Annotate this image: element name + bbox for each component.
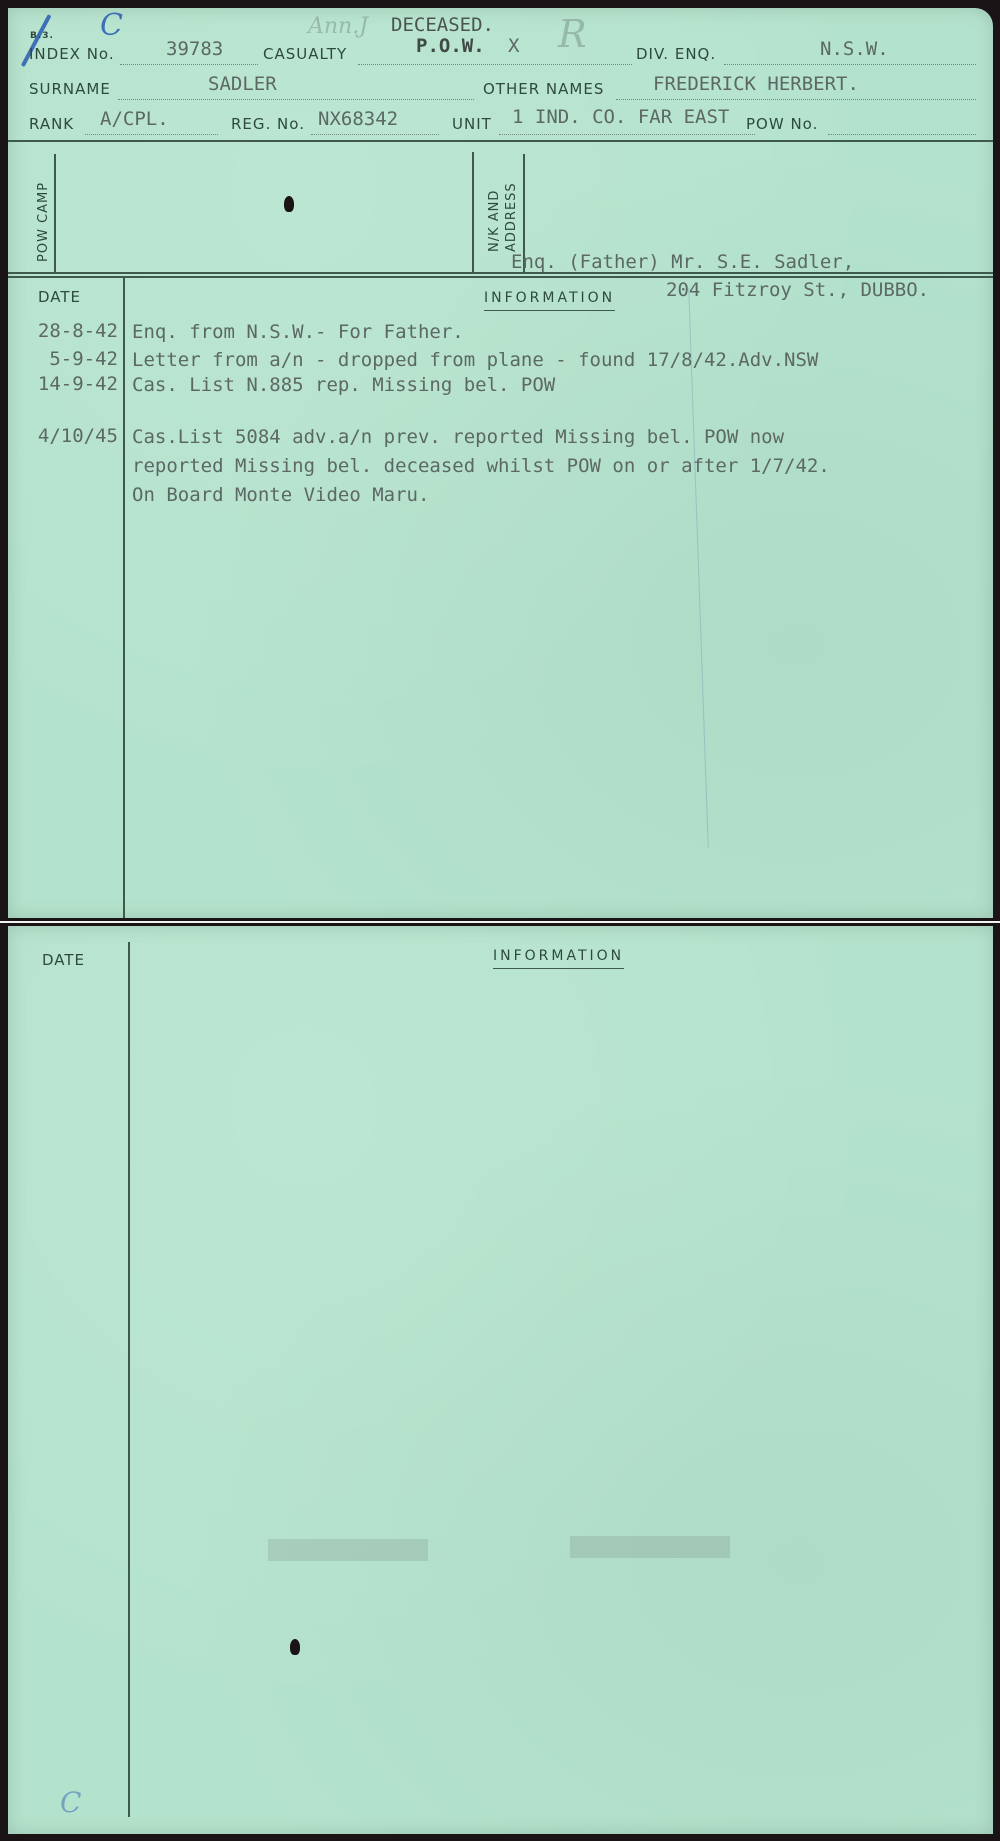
reg-no-label: REG. No. bbox=[231, 115, 305, 133]
nk-address-line2: 204 Fitzroy St., DUBBO. bbox=[666, 279, 929, 301]
nk-left-divider bbox=[472, 152, 474, 274]
surname-dots bbox=[118, 99, 474, 100]
punch-hole bbox=[290, 1639, 300, 1655]
index-no-dots bbox=[120, 64, 258, 65]
unit-value: 1 IND. CO. FAR EAST bbox=[512, 106, 729, 128]
entry-date: 5-9-42 bbox=[8, 348, 118, 370]
other-names-dots bbox=[616, 99, 976, 100]
entry-date: 4/10/45 bbox=[8, 425, 118, 447]
entry-date: 14-9-42 bbox=[8, 373, 118, 395]
faded-stamp-right bbox=[570, 1536, 730, 1558]
rank-value: A/CPL. bbox=[100, 108, 169, 130]
div-enq-label: DIV. ENQ. bbox=[636, 45, 716, 63]
information-header: INFORMATION bbox=[493, 948, 624, 969]
date-column-divider bbox=[128, 942, 130, 1817]
rank-label: RANK bbox=[29, 115, 74, 133]
casualty-struck-suffix: X bbox=[508, 35, 519, 57]
date-column-header: DATE bbox=[38, 288, 81, 306]
pow-camp-label: POW CAMP bbox=[36, 182, 51, 262]
div-enq-value: N.S.W. bbox=[820, 38, 889, 60]
header-divider bbox=[8, 140, 993, 142]
punch-hole bbox=[284, 196, 294, 212]
entry-text-line: Cas.List 5084 adv.a/n prev. reported Mis… bbox=[132, 423, 784, 452]
entry-text-line: On Board Monte Video Maru. bbox=[132, 481, 429, 510]
reg-no-value: NX68342 bbox=[318, 108, 398, 130]
nk-address-label: N/K AND ADDRESS bbox=[486, 182, 520, 252]
other-names-label: OTHER NAMES bbox=[483, 80, 604, 98]
category-letter-c: C bbox=[100, 8, 123, 43]
casualty-label: CASUALTY bbox=[263, 45, 347, 63]
faint-handwritten-scribble: Ann.J bbox=[308, 14, 368, 39]
casualty-value: P.O.W. bbox=[416, 35, 485, 57]
index-no-label: INDEX No. bbox=[29, 45, 115, 63]
date-column-header: DATE bbox=[42, 951, 85, 969]
table-top-double-line-1 bbox=[8, 272, 993, 274]
pow-no-dots bbox=[828, 134, 976, 135]
index-no-value: 39783 bbox=[166, 38, 223, 60]
reg-no-dots bbox=[311, 134, 439, 135]
pow-no-label: POW No. bbox=[746, 115, 818, 133]
entry-text: Enq. from N.S.W.- For Father. bbox=[132, 318, 464, 347]
rank-dots bbox=[85, 134, 218, 135]
entry-text-line: reported Missing bel. deceased whilst PO… bbox=[132, 452, 830, 481]
corner-mark: B.3. bbox=[30, 31, 54, 41]
unit-label: UNIT bbox=[452, 115, 492, 133]
entry-text: Cas. List N.885 rep. Missing bel. POW bbox=[132, 371, 555, 400]
surname-label: SURNAME bbox=[29, 80, 111, 98]
surname-value: SADLER bbox=[208, 73, 277, 95]
casualty-overstrike: DECEASED. bbox=[391, 14, 494, 36]
nk-address-line1: Enq. (Father) Mr. S.E. Sadler, bbox=[511, 251, 854, 273]
date-column-divider bbox=[123, 278, 125, 918]
entry-date: 28-8-42 bbox=[8, 320, 118, 342]
other-names-value: FREDERICK HERBERT. bbox=[653, 73, 859, 95]
casualty-dots bbox=[358, 64, 632, 65]
back-category-letter-c: C bbox=[60, 1786, 81, 1819]
nk-label-line2: ADDRESS bbox=[503, 182, 520, 252]
faded-stamp-left bbox=[268, 1539, 428, 1561]
pow-camp-divider bbox=[54, 154, 56, 274]
scan-separator bbox=[0, 921, 1000, 923]
index-card-front: C R Ann.J B.3. INDEX No. 39783 CASUALTY … bbox=[8, 8, 993, 918]
div-enq-dots bbox=[724, 64, 976, 65]
faint-handwritten-r: R bbox=[558, 12, 587, 56]
table-top-double-line-2 bbox=[8, 276, 993, 278]
nk-label-line1: N/K AND bbox=[486, 182, 503, 252]
index-card-back: DATE INFORMATION C bbox=[8, 926, 993, 1834]
information-header: INFORMATION bbox=[484, 290, 615, 311]
unit-dots bbox=[499, 134, 755, 135]
